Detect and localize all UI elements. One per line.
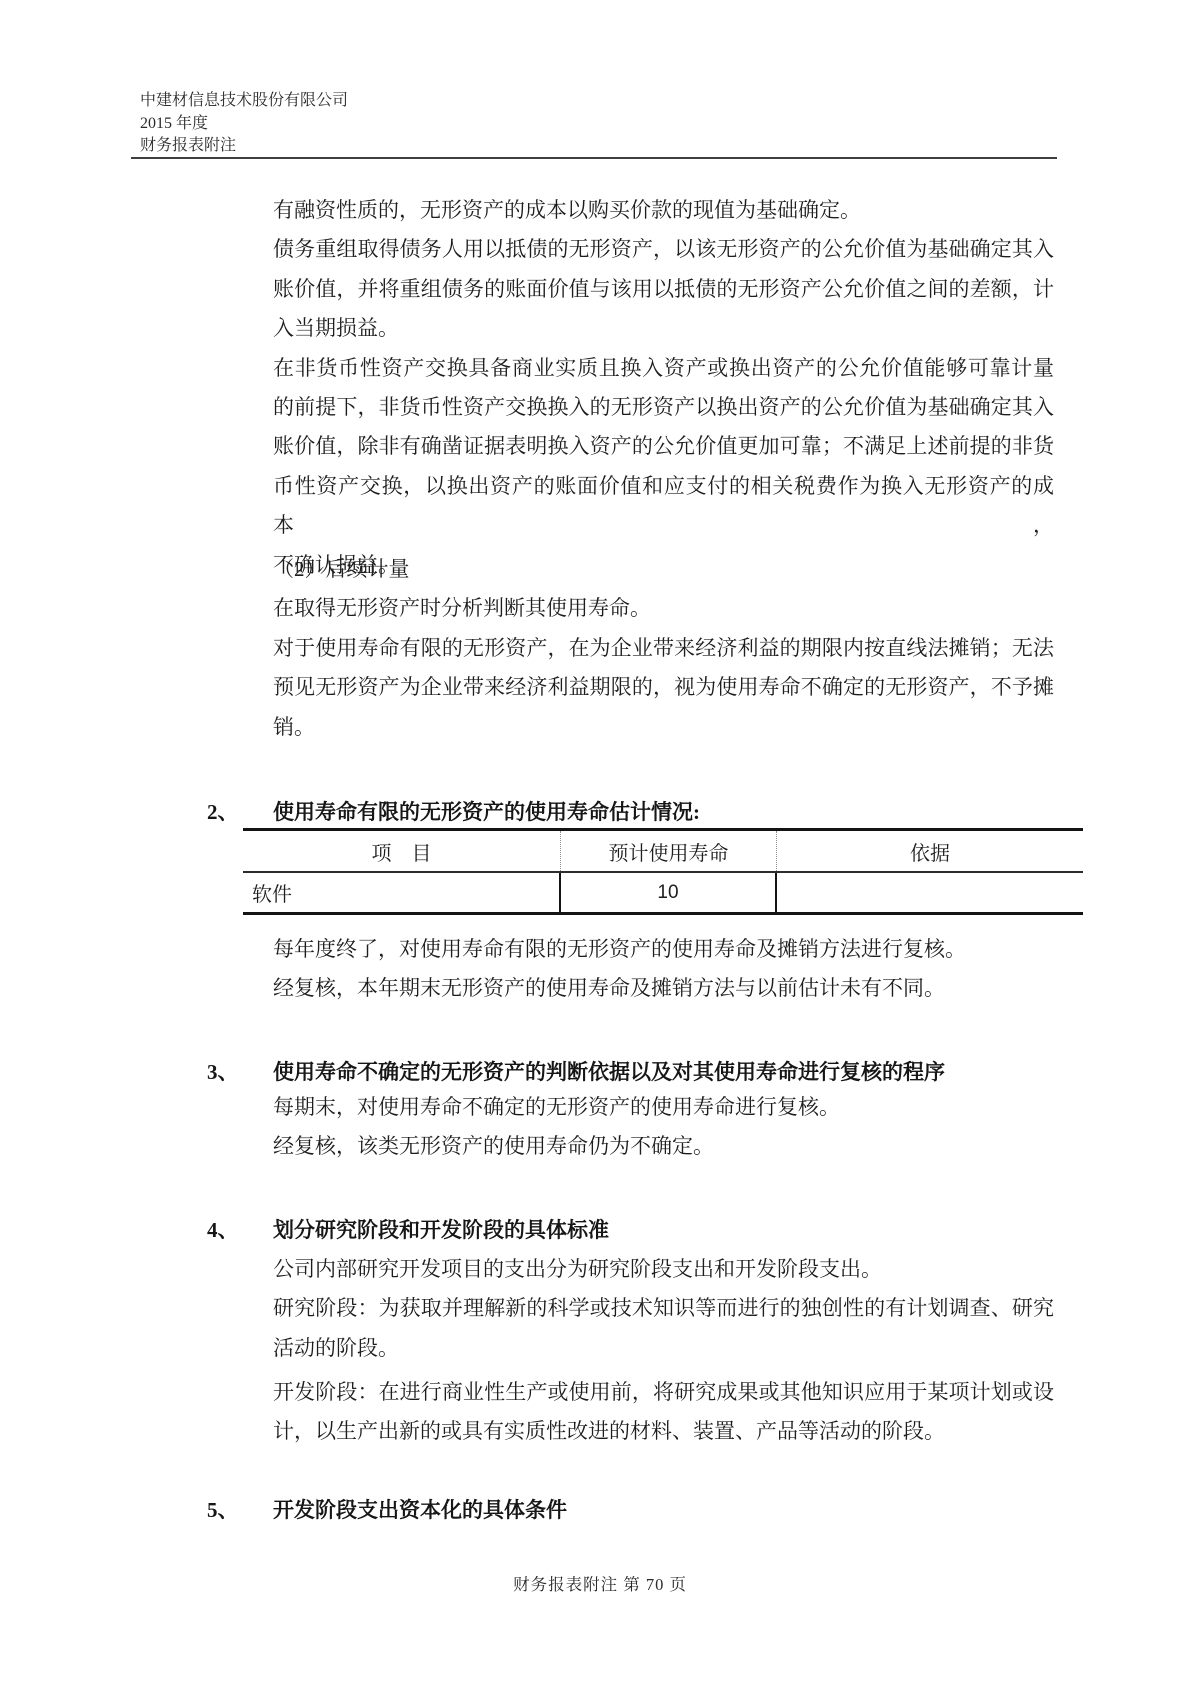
table-header-basis: 依据 — [777, 831, 1083, 871]
header-divider — [131, 157, 1057, 159]
document-header: 中建材信息技术股份有限公司 2015 年度 财务报表附注 — [140, 90, 348, 158]
text-line: 每期末，对使用寿命不确定的无形资产的使用寿命进行复核。 — [273, 1088, 1054, 1127]
text-line: （2）后续计量 — [273, 550, 1054, 589]
text-line: 活动的阶段。 — [273, 1329, 1054, 1368]
text-line: 每年度终了，对使用寿命有限的无形资产的使用寿命及摊销方法进行复核。 — [273, 930, 1054, 969]
useful-life-table: 项 目 预计使用寿命 依据 软件 10 — [243, 828, 1083, 915]
table-header-item: 项 目 — [243, 831, 561, 871]
table-cell-item: 软件 — [243, 873, 561, 912]
text-line: 经复核，该类无形资产的使用寿命仍为不确定。 — [273, 1127, 1054, 1166]
text-line: 入当期损益。 — [273, 309, 1054, 348]
section-2-number: 2、 — [207, 792, 273, 832]
text-line: 公司内部研究开发项目的支出分为研究阶段支出和开发阶段支出。 — [273, 1250, 1054, 1289]
company-name: 中建材信息技术股份有限公司 — [140, 90, 348, 113]
section-5-number: 5、 — [207, 1490, 273, 1530]
text-line: 的前提下，非货币性资产交换换入的无形资产以换出资产的公允价值为基础确定其入 — [273, 388, 1054, 427]
text-line: 账价值，除非有确凿证据表明换入资产的公允价值更加可靠；不满足上述前提的非货 — [273, 427, 1054, 466]
section-4-paragraph-2: 开发阶段：在进行商业性生产或使用前，将研究成果或其他知识应用于某项计划或设计，以… — [273, 1373, 1054, 1452]
section-4-title: 划分研究阶段和开发阶段的具体标准 — [273, 1218, 609, 1242]
section-3-number: 3、 — [207, 1052, 273, 1092]
document-title: 财务报表附注 — [140, 135, 348, 158]
paragraph-block-2: （2）后续计量在取得无形资产时分析判断其使用寿命。对于使用寿命有限的无形资产，在… — [273, 550, 1054, 747]
paragraph-block-1: 有融资性质的，无形资产的成本以购买价款的现值为基础确定。债务重组取得债务人用以抵… — [273, 191, 1054, 585]
section-4-heading: 4、划分研究阶段和开发阶段的具体标准 — [207, 1210, 609, 1250]
table-row: 软件 10 — [243, 873, 1083, 912]
text-line: 开发阶段：在进行商业性生产或使用前，将研究成果或其他知识应用于某项计划或设 — [273, 1373, 1054, 1412]
section-3-title: 使用寿命不确定的无形资产的判断依据以及对其使用寿命进行复核的程序 — [273, 1060, 945, 1084]
text-line: 对于使用寿命有限的无形资产，在为企业带来经济利益的期限内按直线法摊销；无法 — [273, 629, 1054, 668]
text-line: 在取得无形资产时分析判断其使用寿命。 — [273, 589, 1054, 628]
section-5-title: 开发阶段支出资本化的具体条件 — [273, 1498, 567, 1522]
section-3-heading: 3、使用寿命不确定的无形资产的判断依据以及对其使用寿命进行复核的程序 — [207, 1052, 945, 1092]
text-line: 币性资产交换，以换出资产的账面价值和应支付的相关税费作为换入无形资产的成本， — [273, 467, 1054, 546]
section-2-title: 使用寿命有限的无形资产的使用寿命估计情况: — [273, 800, 700, 824]
text-line: 有融资性质的，无形资产的成本以购买价款的现值为基础确定。 — [273, 191, 1054, 230]
section-4-paragraph-1: 公司内部研究开发项目的支出分为研究阶段支出和开发阶段支出。研究阶段：为获取并理解… — [273, 1250, 1054, 1368]
page-footer: 财务报表附注 第 70 页 — [0, 1571, 1200, 1595]
document-page: 中建材信息技术股份有限公司 2015 年度 财务报表附注 有融资性质的，无形资产… — [0, 0, 1200, 1696]
table-cell-basis — [777, 873, 1083, 912]
text-line: 销。 — [273, 708, 1054, 747]
section-5-heading: 5、开发阶段支出资本化的具体条件 — [207, 1490, 567, 1530]
table-cell-expected-life: 10 — [561, 873, 777, 912]
text-line: 研究阶段：为获取并理解新的科学或技术知识等而进行的独创性的有计划调查、研究 — [273, 1289, 1054, 1328]
table-header-expected-life: 预计使用寿命 — [561, 831, 777, 871]
text-line: 经复核，本年期末无形资产的使用寿命及摊销方法与以前估计未有不同。 — [273, 969, 1054, 1008]
table-notes: 每年度终了，对使用寿命有限的无形资产的使用寿命及摊销方法进行复核。经复核，本年期… — [273, 930, 1054, 1009]
fiscal-year: 2015 年度 — [140, 113, 348, 136]
table-header-row: 项 目 预计使用寿命 依据 — [243, 831, 1083, 873]
text-line: 在非货币性资产交换具备商业实质且换入资产或换出资产的公允价值能够可靠计量 — [273, 349, 1054, 388]
text-line: 计，以生产出新的或具有实质性改进的材料、装置、产品等活动的阶段。 — [273, 1412, 1054, 1451]
section-3-paragraph: 每期末，对使用寿命不确定的无形资产的使用寿命进行复核。经复核，该类无形资产的使用… — [273, 1088, 1054, 1167]
text-line: 账价值，并将重组债务的账面价值与该用以抵债的无形资产公允价值之间的差额，计 — [273, 270, 1054, 309]
section-4-number: 4、 — [207, 1210, 273, 1250]
section-2-heading: 2、使用寿命有限的无形资产的使用寿命估计情况: — [207, 792, 700, 832]
text-line: 债务重组取得债务人用以抵债的无形资产，以该无形资产的公允价值为基础确定其入 — [273, 230, 1054, 269]
text-line: 预见无形资产为企业带来经济利益期限的，视为使用寿命不确定的无形资产，不予摊 — [273, 668, 1054, 707]
